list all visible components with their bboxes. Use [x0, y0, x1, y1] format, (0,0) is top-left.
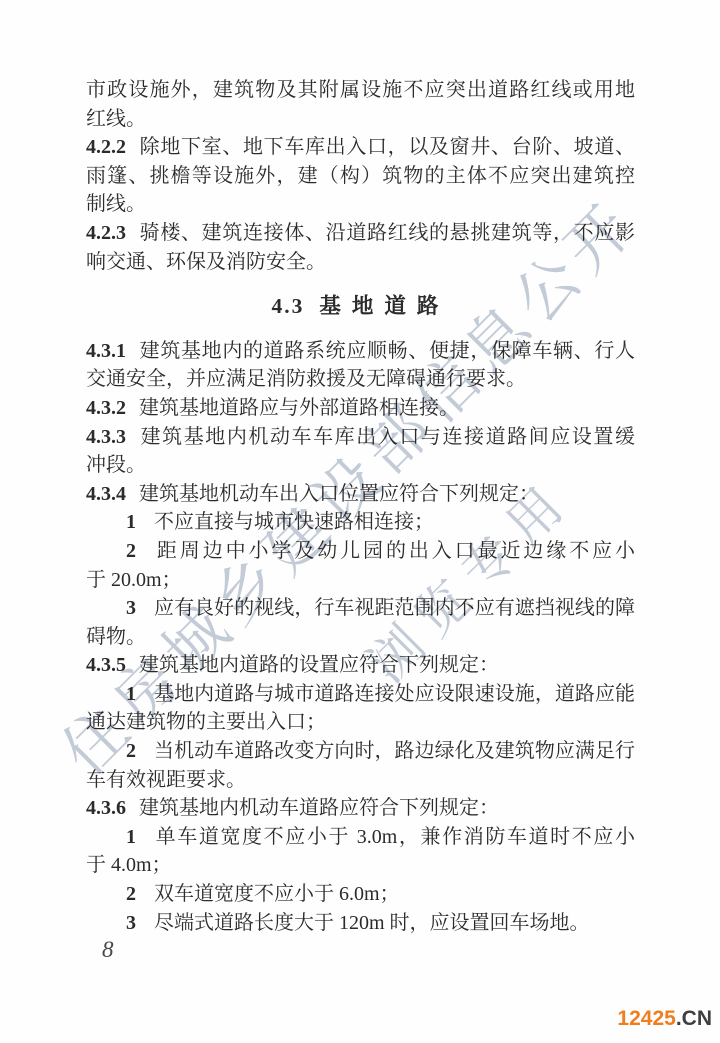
- line-text: 建筑基地机动车出入口位置应符合下列规定：: [139, 483, 539, 505]
- line-text: 建筑基地道路应与外部道路相连接。: [139, 397, 459, 419]
- clause-number: 4.3.6: [86, 797, 126, 819]
- line-text: 通达建筑物的主要出入口；: [86, 711, 326, 733]
- line-text: 建筑基地内机动车车库出入口与连接道路间应设置缓: [139, 426, 635, 448]
- line-text: 双车道宽度不应小于 6.0m；: [154, 883, 400, 905]
- scanned-document-page: 住房城乡建设部信息公开 浏览专用 市政设施外，建筑物及其附属设施不应突出道路红线…: [0, 0, 720, 1043]
- line-text: 尽端式道路长度大于 120m 时，应设置回车场地。: [154, 912, 590, 934]
- text-line: 2当机动车道路改变方向时，路边绿化及建筑物应满足行: [86, 737, 635, 766]
- line-text: 制线。: [86, 193, 146, 215]
- item-number: 1: [126, 826, 136, 848]
- clause-number: 4.3.1: [86, 340, 126, 362]
- line-text: 冲段。: [86, 454, 146, 476]
- logo-domain-suffix: .CN: [676, 1007, 712, 1030]
- text-line: 1不应直接与城市快速路相连接；: [86, 508, 635, 537]
- page-body-text: 市政设施外，建筑物及其附属设施不应突出道路红线或用地红线。4.2.2除地下室、地…: [86, 76, 635, 937]
- text-line: 市政设施外，建筑物及其附属设施不应突出道路红线或用地: [86, 76, 635, 105]
- clause-number: 4.3.3: [86, 426, 126, 448]
- item-number: 2: [126, 883, 136, 905]
- text-line: 雨篷、挑檐等设施外，建（构）筑物的主体不应突出建筑控: [86, 162, 635, 191]
- text-line: 4.3.2建筑基地道路应与外部道路相连接。: [86, 394, 635, 423]
- line-text: 基地内道路与城市道路连接处应设限速设施，道路应能: [154, 683, 635, 705]
- line-text: 建筑基地内机动车道路应符合下列规定：: [139, 797, 499, 819]
- text-line: 3应有良好的视线，行车视距范围内不应有遮挡视线的障: [86, 594, 635, 623]
- text-line: 3尽端式道路长度大于 120m 时，应设置回车场地。: [86, 909, 635, 938]
- text-line: 于 20.0m；: [86, 566, 635, 595]
- line-text: 当机动车道路改变方向时，路边绿化及建筑物应满足行: [154, 740, 635, 762]
- line-text: 除地下室、地下车库出入口，以及窗井、台阶、坡道、: [139, 136, 635, 158]
- text-line: 4.3.4建筑基地机动车出入口位置应符合下列规定：: [86, 480, 635, 509]
- item-number: 2: [126, 540, 136, 562]
- line-text: 建筑基地内道路的设置应符合下列规定：: [139, 654, 499, 676]
- text-line: 4.3.1建筑基地内的道路系统应顺畅、便捷，保障车辆、行人: [86, 337, 635, 366]
- text-line: 4.3.6建筑基地内机动车道路应符合下列规定：: [86, 794, 635, 823]
- text-line: 制线。: [86, 190, 635, 219]
- section-number: 4.3: [272, 294, 305, 318]
- text-line: 2距周边中小学及幼儿园的出入口最近边缘不应小: [86, 537, 635, 566]
- text-line: 碍物。: [86, 623, 635, 652]
- text-line: 通达建筑物的主要出入口；: [86, 708, 635, 737]
- line-text: 距周边中小学及幼儿园的出入口最近边缘不应小: [154, 540, 635, 562]
- line-text: 单车道宽度不应小于 3.0m，兼作消防车道时不应小: [154, 826, 635, 848]
- line-text: 车有效视距要求。: [86, 769, 246, 791]
- text-line: 4.2.2除地下室、地下车库出入口，以及窗井、台阶、坡道、: [86, 133, 635, 162]
- item-number: 2: [126, 740, 136, 762]
- line-text: 红线。: [86, 108, 146, 130]
- logo-number: 12425: [617, 1007, 675, 1030]
- text-line: 红线。: [86, 105, 635, 134]
- text-line: 2双车道宽度不应小于 6.0m；: [86, 880, 635, 909]
- line-text: 碍物。: [86, 626, 146, 648]
- text-line: 4.3.5建筑基地内道路的设置应符合下列规定：: [86, 651, 635, 680]
- text-line: 冲段。: [86, 451, 635, 480]
- text-line: 响交通、环保及消防安全。: [86, 248, 635, 277]
- line-text: 交通安全，并应满足消防救援及无障碍通行要求。: [86, 368, 526, 390]
- text-line: 4.3.3建筑基地内机动车车库出入口与连接道路间应设置缓: [86, 423, 635, 452]
- clause-number: 4.3.2: [86, 397, 126, 419]
- page-number: 8: [102, 938, 114, 962]
- clause-number: 4.2.2: [86, 136, 126, 158]
- line-text: 雨篷、挑檐等设施外，建（构）筑物的主体不应突出建筑控: [86, 165, 635, 187]
- text-line: 1单车道宽度不应小于 3.0m，兼作消防车道时不应小: [86, 823, 635, 852]
- item-number: 1: [126, 511, 136, 533]
- clause-number: 4.2.3: [86, 222, 126, 244]
- line-text: 市政设施外，建筑物及其附属设施不应突出道路红线或用地: [86, 79, 635, 101]
- line-text: 基地道路: [319, 294, 449, 318]
- line-text: 骑楼、建筑连接体、沿道路红线的悬挑建筑等，不应影: [139, 222, 635, 244]
- site-logo: 12425.CN: [617, 1008, 712, 1030]
- text-line: 1基地内道路与城市道路连接处应设限速设施，道路应能: [86, 680, 635, 709]
- item-number: 3: [126, 912, 136, 934]
- text-line: 交通安全，并应满足消防救援及无障碍通行要求。: [86, 365, 635, 394]
- line-text: 于 20.0m；: [86, 569, 182, 591]
- section-heading: 4.3基地道路: [86, 292, 635, 321]
- text-line: 4.2.3骑楼、建筑连接体、沿道路红线的悬挑建筑等，不应影: [86, 219, 635, 248]
- text-line: 车有效视距要求。: [86, 766, 635, 795]
- line-text: 于 4.0m；: [86, 854, 172, 876]
- line-text: 响交通、环保及消防安全。: [86, 251, 326, 273]
- line-text: 建筑基地内的道路系统应顺畅、便捷，保障车辆、行人: [139, 340, 635, 362]
- item-number: 3: [126, 597, 136, 619]
- line-text: 应有良好的视线，行车视距范围内不应有遮挡视线的障: [154, 597, 635, 619]
- item-number: 1: [126, 683, 136, 705]
- clause-number: 4.3.4: [86, 483, 126, 505]
- text-line: 于 4.0m；: [86, 851, 635, 880]
- line-text: 不应直接与城市快速路相连接；: [154, 511, 434, 533]
- clause-number: 4.3.5: [86, 654, 126, 676]
